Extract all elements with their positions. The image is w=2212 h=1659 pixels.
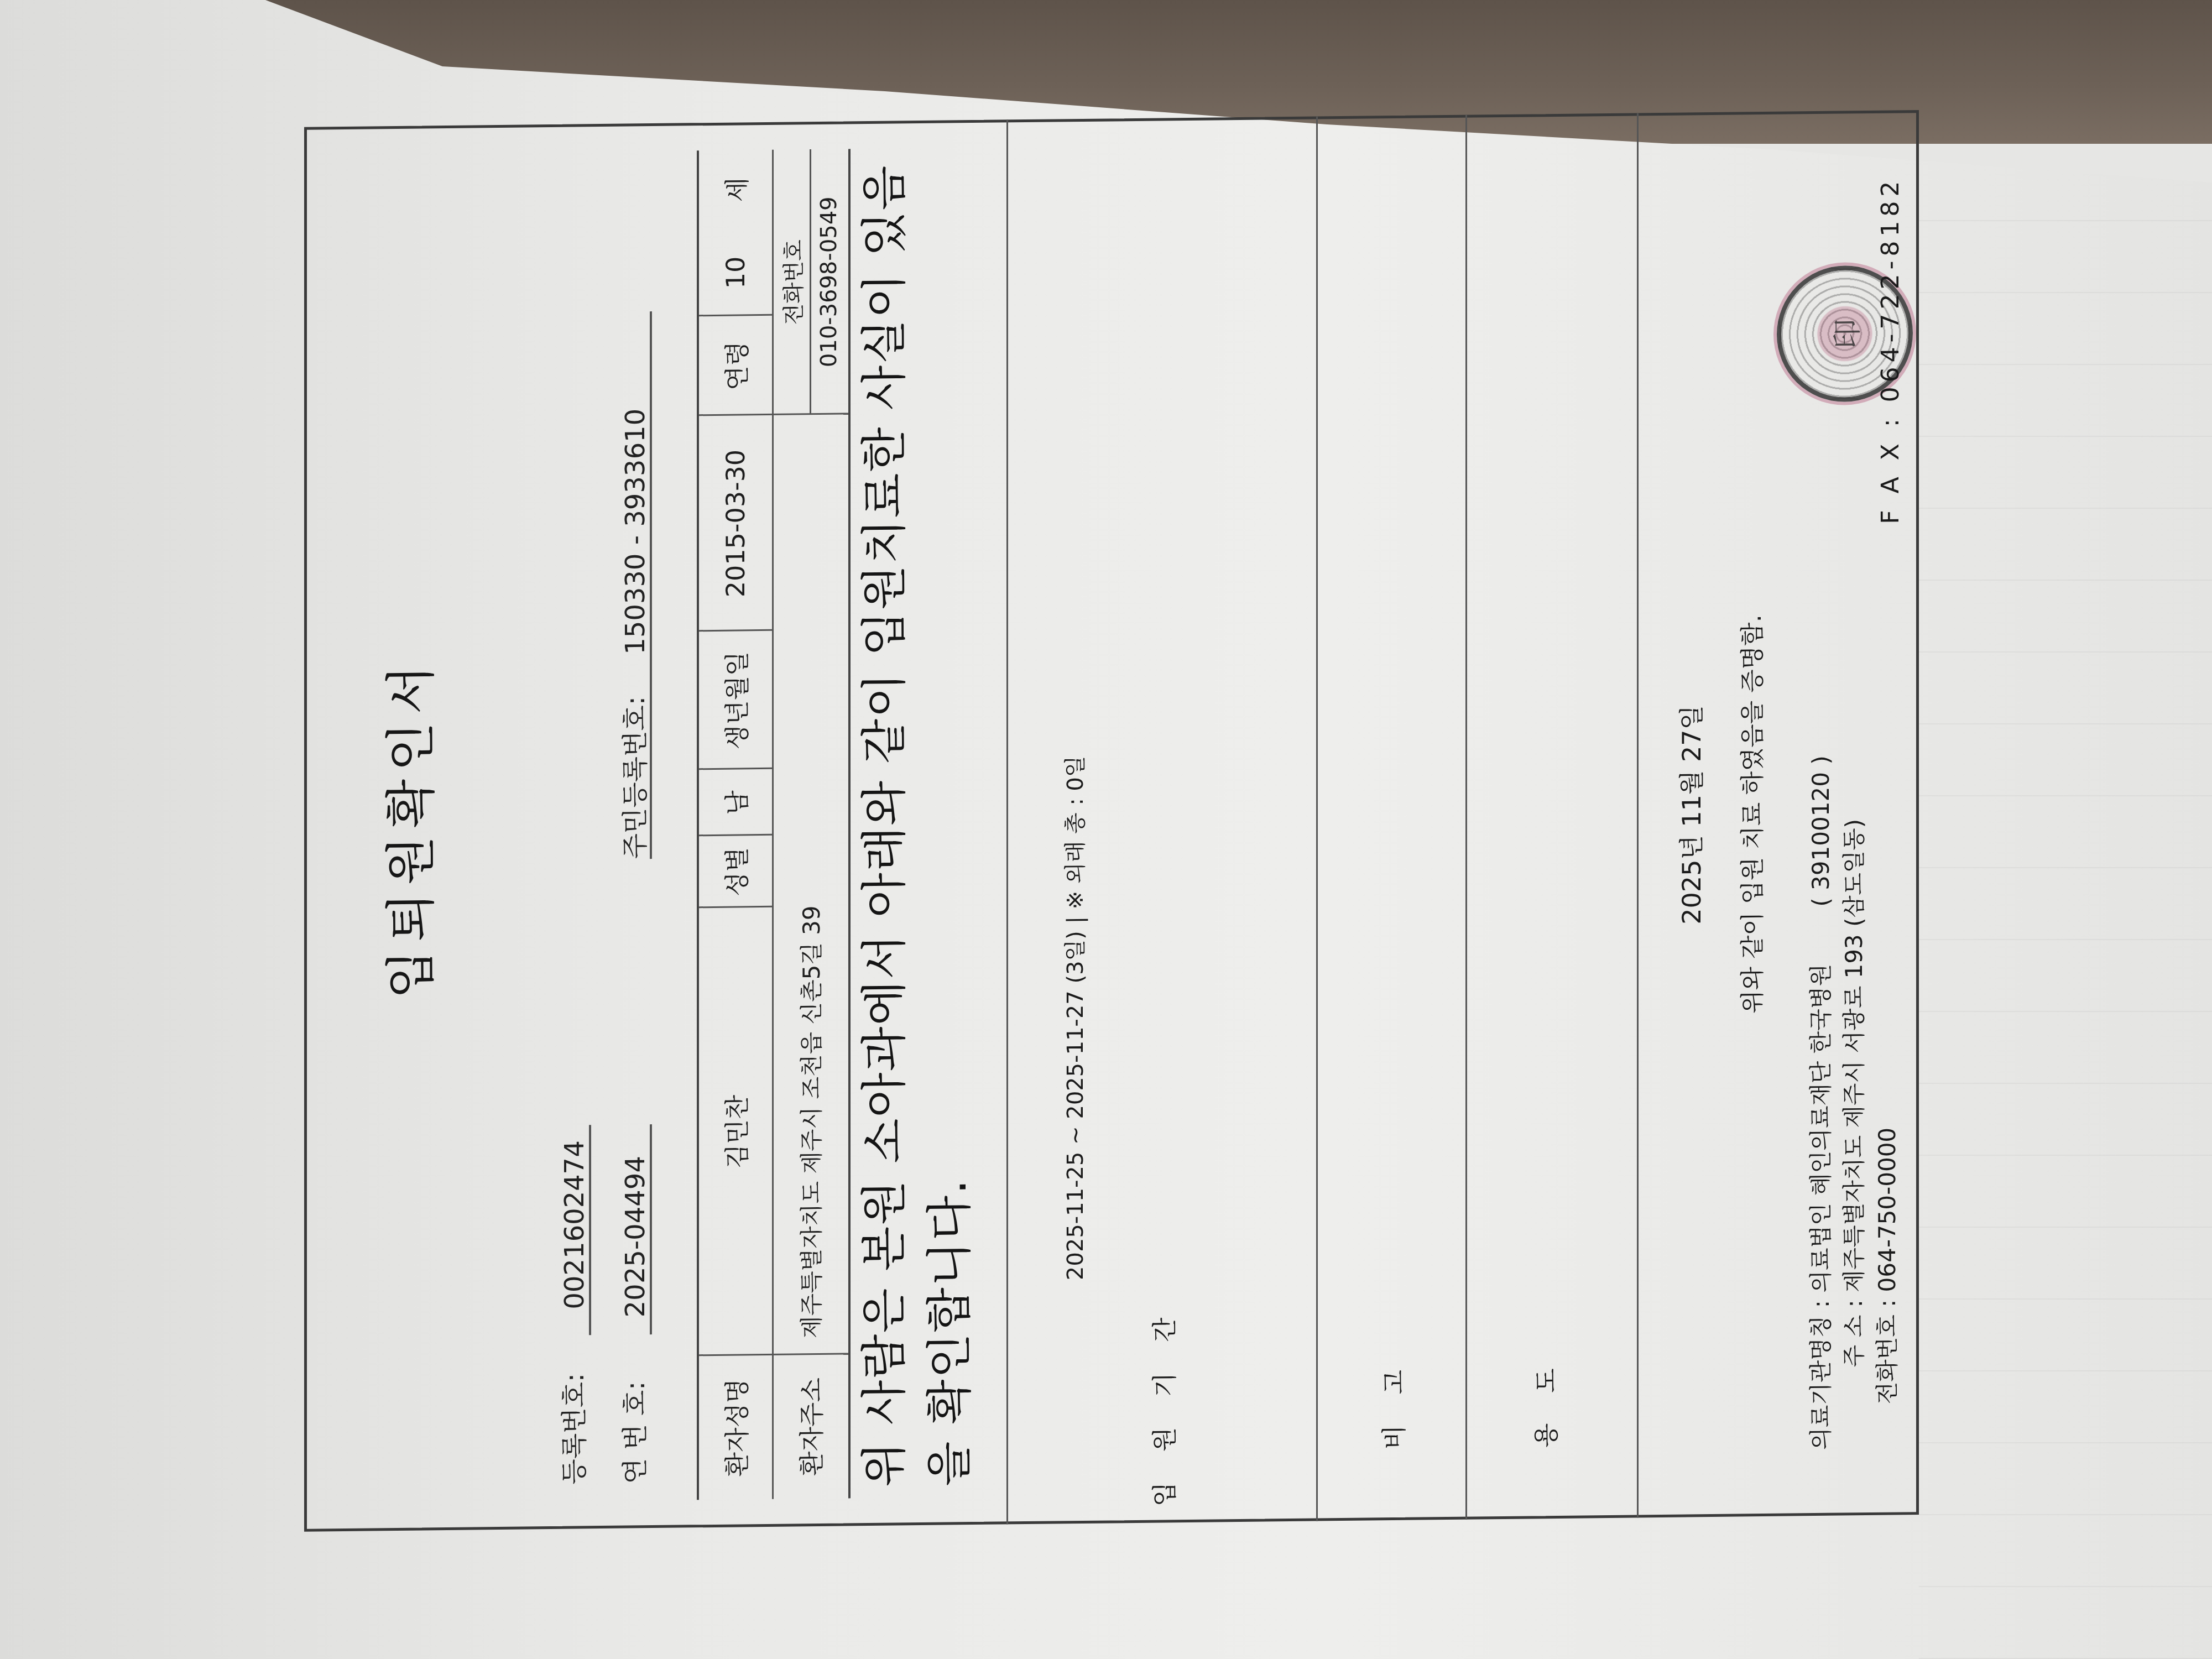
address-label: 환자주소 bbox=[774, 1354, 847, 1499]
age-unit: 세 bbox=[717, 177, 754, 202]
remarks-label: 비 고 bbox=[1318, 1287, 1467, 1521]
patient-name-label: 환자성명 bbox=[699, 1355, 772, 1500]
purpose-value bbox=[1467, 113, 1622, 1287]
serial-number-row: 연 번 호: 2025-04494 bbox=[614, 1156, 652, 1484]
patient-info-table: 환자성명 김민찬 성별 남 생년월일 2015-03-30 연령 10 세 환자… bbox=[697, 149, 851, 1500]
institution-address-label: 주 소 : bbox=[1838, 1300, 1871, 1483]
resident-id: 150330 - 3933610 bbox=[620, 409, 651, 655]
institution-name: 의료법인 혜인의료재단 한국병원 bbox=[1807, 964, 1834, 1293]
serial-underline bbox=[650, 1124, 652, 1334]
patient-name: 김민찬 bbox=[699, 907, 772, 1356]
admission-period-label: 입 원 기 간 bbox=[1008, 1288, 1318, 1524]
birth-date: 2015-03-30 bbox=[699, 415, 772, 632]
resident-id-underline bbox=[650, 311, 652, 859]
underlying-bill-page bbox=[1919, 155, 2212, 1659]
age-value: 10 bbox=[721, 256, 750, 289]
fax-number: 064-722-8182 bbox=[1876, 176, 1905, 402]
certification-statement: 위 사람은 본원 소아과에서 아래와 같이 입원치료한 사실이 있음을 확인합니… bbox=[852, 137, 982, 1498]
fax-label: F A X : bbox=[1876, 414, 1905, 524]
serial-number: 2025-04494 bbox=[620, 1156, 651, 1318]
sex-label: 성별 bbox=[699, 836, 772, 908]
document-title: 입퇴원확인서 bbox=[371, 109, 444, 1547]
institution-address: 제주특별자치도 제주시 서광로 193 (삼도일동) bbox=[1840, 819, 1867, 1293]
registration-underline bbox=[589, 1125, 591, 1335]
patient-phone: 010-3698-0549 bbox=[811, 149, 847, 415]
admission-period-value: 2025-11-25 ~ 2025-11-27 (3일) | ※ 외래 총 : … bbox=[1008, 116, 1318, 1292]
age-cell: 10 세 bbox=[699, 150, 772, 316]
institution-phone-label: 전화번호 : bbox=[1871, 1299, 1904, 1482]
institution-label: 의료기관명칭 : bbox=[1804, 1300, 1838, 1483]
purpose-label: 용 도 bbox=[1467, 1286, 1622, 1520]
registration-number-row: 등록번호: 0021602474 bbox=[553, 1140, 591, 1485]
certify-text: 위와 같이 입원 치료 하였음을 증명함. bbox=[1733, 112, 1768, 1517]
resident-id-row: 주민등록번호: 150330 - 3933610 bbox=[614, 409, 652, 859]
serial-label: 연 번 호: bbox=[614, 1381, 652, 1484]
issue-date: 2025년 11월 27일 bbox=[1672, 112, 1708, 1517]
remarks-value bbox=[1318, 115, 1467, 1289]
institution-phone: 064-750-0000 bbox=[1874, 1128, 1901, 1292]
phone-label: 전화번호 bbox=[774, 149, 810, 415]
birth-label: 생년월일 bbox=[699, 631, 772, 770]
patient-address: 제주특별자치도 제주시 조천읍 신촌5길 39 bbox=[774, 414, 847, 1355]
age-label: 연령 bbox=[699, 316, 772, 416]
institution-code: ( 39100120 ) bbox=[1807, 755, 1834, 907]
purpose-row: 용 도 bbox=[1465, 113, 1622, 1520]
registration-label: 등록번호: bbox=[553, 1373, 591, 1485]
remarks-row: 비 고 bbox=[1316, 115, 1467, 1521]
institution-info: 의료기관명칭 : 의료법인 혜인의료재단 한국병원 ( 39100120 ) 주… bbox=[1804, 755, 1904, 1483]
fax-line: F A X : 064-722-8182 bbox=[1876, 176, 1905, 524]
resident-id-label: 주민등록번호: bbox=[614, 696, 652, 859]
certificate-footer: 2025년 11월 27일 위와 같이 입원 치료 하였음을 증명함. 의료기관… bbox=[1637, 113, 1639, 1517]
admission-period-row: 입 원 기 간 2025-11-25 ~ 2025-11-27 (3일) | ※… bbox=[1006, 116, 1318, 1524]
sex-value: 남 bbox=[699, 769, 772, 836]
certificate-document: 입퇴원확인서 등록번호: 0021602474 연 번 호: 2025-0449… bbox=[288, 93, 1936, 1548]
registration-number: 0021602474 bbox=[559, 1140, 590, 1310]
